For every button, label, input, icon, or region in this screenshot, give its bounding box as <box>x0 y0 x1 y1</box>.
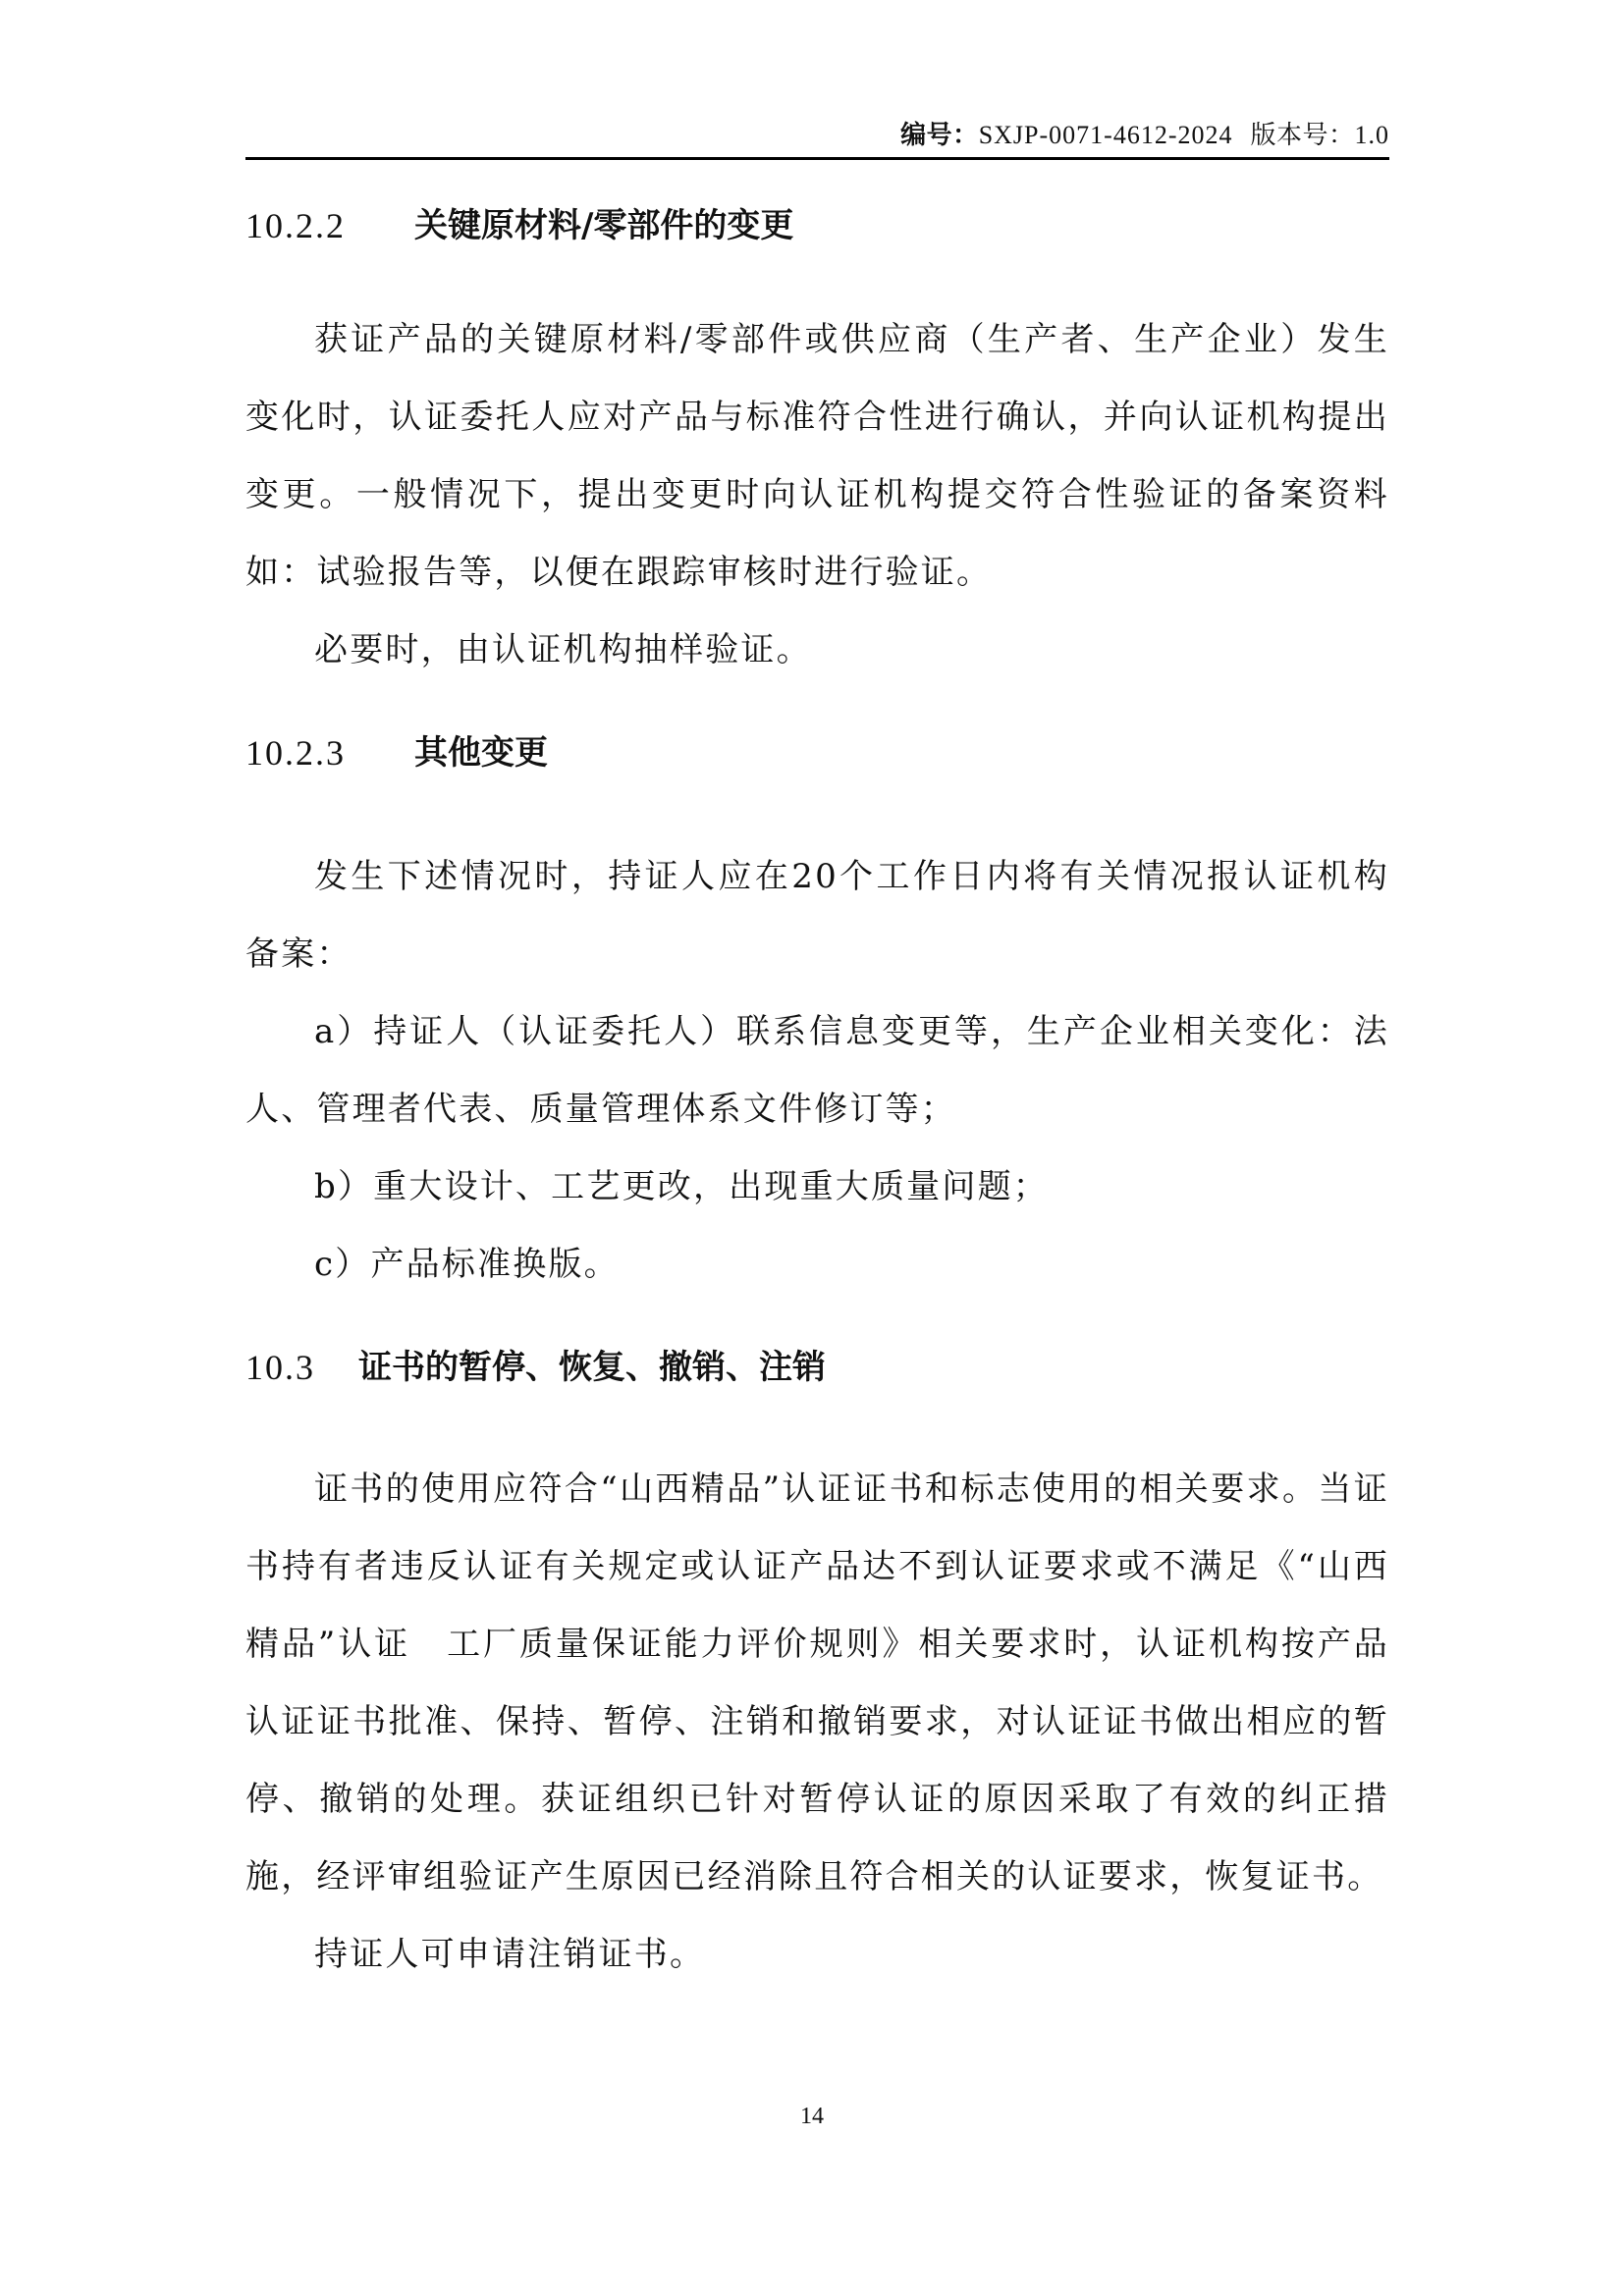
section-title: 证书的暂停、恢复、撤销、注销 <box>358 1343 826 1392</box>
section-title: 关键原材料/零部件的变更 <box>414 201 793 250</box>
section-number: 10.3 <box>245 1343 358 1392</box>
paragraph: 必要时，由认证机构抽样验证。 <box>245 612 1389 689</box>
list-item-b: b）重大设计、工艺更改，出现重大质量问题； <box>245 1148 1389 1226</box>
paragraph: 获证产品的关键原材料/零部件或供应商（生产者、生产企业）发生变化时，认证委托人应… <box>245 301 1389 612</box>
section-number: 10.2.2 <box>245 201 414 250</box>
version-label: 版本号： <box>1250 121 1354 150</box>
document-body: 10.2.2 关键原材料/零部件的变更 获证产品的关键原材料/零部件或供应商（生… <box>245 201 1389 1994</box>
header-rule <box>245 157 1389 160</box>
section-number: 10.2.3 <box>245 728 414 777</box>
page-number: 14 <box>0 2104 1624 2130</box>
paragraph: 持证人可申请注销证书。 <box>245 1916 1389 1994</box>
paragraph: 发生下述情况时，持证人应在20个工作日内将有关情况报认证机构备案： <box>245 838 1389 993</box>
list-item-c: c）产品标准换版。 <box>245 1226 1389 1304</box>
paragraph: 证书的使用应符合“山西精品”认证证书和标志使用的相关要求。当证书持有者违反认证有… <box>245 1451 1389 1916</box>
section-heading-10-3: 10.3 证书的暂停、恢复、撤销、注销 <box>245 1343 1389 1392</box>
section-heading-10-2-2: 10.2.2 关键原材料/零部件的变更 <box>245 201 1389 250</box>
version-number: 1.0 <box>1355 121 1390 149</box>
doc-number: SXJP-0071-4612-2024 <box>979 121 1233 149</box>
list-item-a: a）持证人（认证委托人）联系信息变更等，生产企业相关变化：法人、管理者代表、质量… <box>245 993 1389 1148</box>
page-header: 编号：SXJP-0071-4612-2024版本号：1.0 <box>245 116 1389 155</box>
section-heading-10-2-3: 10.2.3 其他变更 <box>245 728 1389 777</box>
doc-number-label: 编号： <box>900 121 979 150</box>
section-title: 其他变更 <box>414 728 548 777</box>
